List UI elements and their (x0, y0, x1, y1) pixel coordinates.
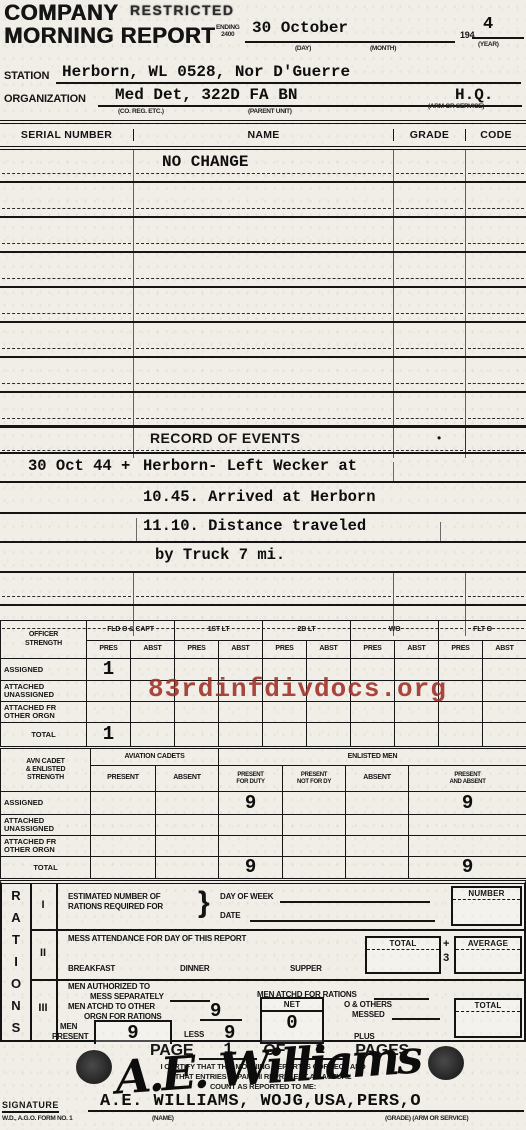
group-flt-o: FLT O (439, 621, 526, 641)
roster-empty-row (0, 286, 526, 321)
rations-numeral-3: III (30, 1002, 56, 1014)
enlisted-row-total: TOTAL 9 9 (1, 857, 526, 879)
men-atchd-other-label1: MEN ATCHD TO OTHER (68, 1002, 155, 1012)
present-label: PRESENT (52, 1032, 88, 1042)
em-present-and-absent-header: PRESENTAND ABSENT (409, 766, 526, 792)
events-line: by Truck 7 mi. (0, 541, 526, 571)
officer-assigned-fld-pres: 1 (87, 659, 131, 681)
event-text: 11.10. Distance traveled (143, 517, 366, 535)
total-box-row3-label: TOTAL (456, 1000, 520, 1012)
rations-letter: R (2, 888, 30, 903)
watermark-text: 83rdinfdivdocs.org (148, 674, 447, 704)
em-absent-header: ABSENT (346, 766, 409, 792)
punch-hole-left (76, 1050, 112, 1084)
enlisted-total-present-and-absent: 9 (409, 857, 526, 879)
event-text: 10.45. Arrived at Herborn (143, 488, 376, 506)
abst-header: ABST (307, 641, 351, 659)
col-code: CODE (465, 129, 526, 141)
less-label: LESS (184, 1030, 204, 1040)
org-sub-parent: (PARENT UNIT) (248, 108, 292, 115)
group-2d-lt: 2D LT (263, 621, 351, 641)
day-sublabel: (DAY) (295, 45, 311, 52)
enlisted-row-attached-fr: ATTACHED FROTHER ORGN (1, 836, 526, 857)
col-serial-number: SERIAL NUMBER (0, 129, 133, 141)
enlisted-strength-header: AVN CADET & ENLISTED STRENGTH (1, 749, 91, 792)
events-line: 11.10. Distance traveled (0, 512, 526, 541)
officer-strength-header: OFFICER STRENGTH (1, 621, 87, 659)
em-present-not-for-dy-header: PRESENTNOT FOR DY (283, 766, 346, 792)
year-underline (472, 18, 524, 39)
average-box-label: AVERAGE (456, 938, 520, 950)
rations-letter: A (2, 910, 30, 925)
col-name: NAME (133, 129, 393, 141)
net-box-label: NET (262, 999, 322, 1012)
title-morning-report: MORNING REPORT (4, 23, 215, 49)
station-underline (56, 64, 521, 84)
punch-hole-right (428, 1046, 464, 1080)
total-box-label: TOTAL (367, 938, 439, 950)
roster-row-no-change: NO CHANGE (0, 150, 526, 181)
number-box: NUMBER (451, 886, 522, 926)
org-sub-co: (CO. REG. ETC.) (118, 108, 164, 115)
events-empty-row (0, 571, 526, 604)
morning-report-document: COMPANY RESTRICTED MORNING REPORT ENDING… (0, 0, 526, 1130)
date-underline (245, 22, 455, 43)
day-of-week-label: DAY OF WEEK (220, 892, 273, 902)
pres-header: PRES (263, 641, 307, 659)
pres-header: PRES (439, 641, 483, 659)
officer-row-total: TOTAL 1 (1, 723, 526, 747)
abst-header: ABST (483, 641, 526, 659)
row1-label-2: RATIONS REQUIRED FOR (68, 902, 163, 912)
grade-sublabel: (GRADE) (ARM OR SERVICE) (385, 1115, 468, 1122)
others-label1: O & OTHERS (344, 1000, 392, 1010)
rations-letter: N (2, 998, 30, 1013)
roster-header-row: SERIAL NUMBER NAME GRADE CODE (0, 120, 526, 150)
pres-header: PRES (351, 641, 395, 659)
row2-label: MESS ATTENDANCE FOR DAY OF THIS REPORT (68, 934, 246, 944)
group-enlisted-men: ENLISTED MEN (219, 749, 526, 766)
net-value: 0 (262, 1012, 322, 1034)
divide-symbol: + (443, 937, 449, 951)
rations-numeral-2: II (30, 947, 56, 959)
divide-by-3: 3 (443, 951, 449, 965)
name-sublabel: (NAME) (152, 1115, 174, 1122)
record-of-events-title: RECORD OF EVENTS (150, 430, 300, 446)
group-aviation-cadets: AVIATION CADETS (91, 749, 219, 766)
total-box-row2: TOTAL (365, 936, 441, 974)
abst-header: ABST (131, 641, 175, 659)
abst-header: ABST (395, 641, 439, 659)
date-label: DATE (220, 911, 240, 921)
rations-letter: T (2, 932, 30, 947)
events-line: 10.45. Arrived at Herborn (0, 481, 526, 512)
cadets-absent-header: ABSENT (156, 766, 219, 792)
rations-letter: I (2, 954, 30, 969)
mess-separately-label: MESS SEPARATELY (90, 992, 164, 1002)
rations-numeral-1: I (30, 899, 56, 911)
signature-label: SIGNATURE (2, 1100, 59, 1113)
form-number: W.D., A.G.O. FORM NO. 1 (2, 1115, 73, 1122)
date-underline (250, 908, 435, 922)
organization-label: ORGANIZATION (4, 93, 86, 105)
others-label2: MESSED (352, 1010, 385, 1020)
dinner-label: DINNER (180, 964, 209, 974)
group-fld-o-capt: FLD O & CAPT (87, 621, 175, 641)
ending-time: 2400 (216, 31, 239, 38)
col-grade: GRADE (393, 129, 465, 141)
enlisted-row-assigned: ASSIGNED 9 9 (1, 792, 526, 815)
rations-section: R A T I O N S I ESTIMATED NUMBER OF RATI… (0, 880, 526, 1042)
group-1st-lt: 1ST LT (175, 621, 263, 641)
roster-empty-row (0, 391, 526, 426)
average-box: AVERAGE (454, 936, 522, 974)
officer-total-fld-pres: 1 (87, 723, 131, 747)
day-of-week-underline (280, 889, 430, 903)
enlisted-strength-table: AVN CADET & ENLISTED STRENGTH AVIATION C… (0, 748, 526, 879)
rations-letter: S (2, 1020, 30, 1035)
enlisted-assigned-present-for-duty: 9 (219, 792, 283, 815)
month-sublabel: (MONTH) (370, 45, 396, 52)
em-present-for-duty-header: PRESENTFOR DUTY (219, 766, 283, 792)
group-wo: WO (351, 621, 439, 641)
year-sublabel: (YEAR) (478, 41, 499, 48)
roster-empty-row (0, 251, 526, 286)
row1-label-1: ESTIMATED NUMBER OF (68, 892, 163, 902)
roster-empty-row (0, 356, 526, 391)
rations-letter: O (2, 976, 30, 991)
events-line: 30 Oct 44 + Herborn- Left Wecker at (0, 452, 526, 481)
enlisted-assigned-present-and-absent: 9 (409, 792, 526, 815)
station-label: STATION (4, 70, 49, 82)
men-label: MEN (60, 1022, 77, 1032)
brace: } (198, 886, 210, 920)
roster-empty-row (0, 216, 526, 251)
no-change-entry: NO CHANGE (162, 153, 248, 171)
event-text: Herborn- Left Wecker at (143, 457, 357, 475)
roster-empty-row (0, 181, 526, 216)
total-box-row3: TOTAL (454, 998, 522, 1038)
number-box-label: NUMBER (453, 888, 520, 900)
supper-label: SUPPER (290, 964, 322, 974)
ending-label: ENDING (216, 24, 239, 31)
events-dot: • (437, 431, 441, 445)
enlisted-row-attached-unassigned: ATTACHEDUNASSIGNED (1, 815, 526, 836)
breakfast-label: BREAKFAST (68, 964, 115, 974)
signature-underline (88, 1092, 524, 1112)
abst-header: ABST (219, 641, 263, 659)
pres-header: PRES (175, 641, 219, 659)
event-text: by Truck 7 mi. (155, 546, 285, 564)
enlisted-total-present-for-duty: 9 (219, 857, 283, 879)
roster-empty-row (0, 321, 526, 356)
men-authorized-label: MEN AUTHORIZED TO (68, 982, 150, 992)
restricted-stamp: RESTRICTED (130, 2, 234, 18)
cadets-present-header: PRESENT (91, 766, 156, 792)
pres-header: PRES (87, 641, 131, 659)
org-sub-service: (ARM OR SERVICE) (428, 103, 484, 110)
event-date: 30 Oct 44 + (28, 457, 130, 475)
officer-row-attached-fr: ATTACHED FROTHER ORGN (1, 702, 526, 723)
